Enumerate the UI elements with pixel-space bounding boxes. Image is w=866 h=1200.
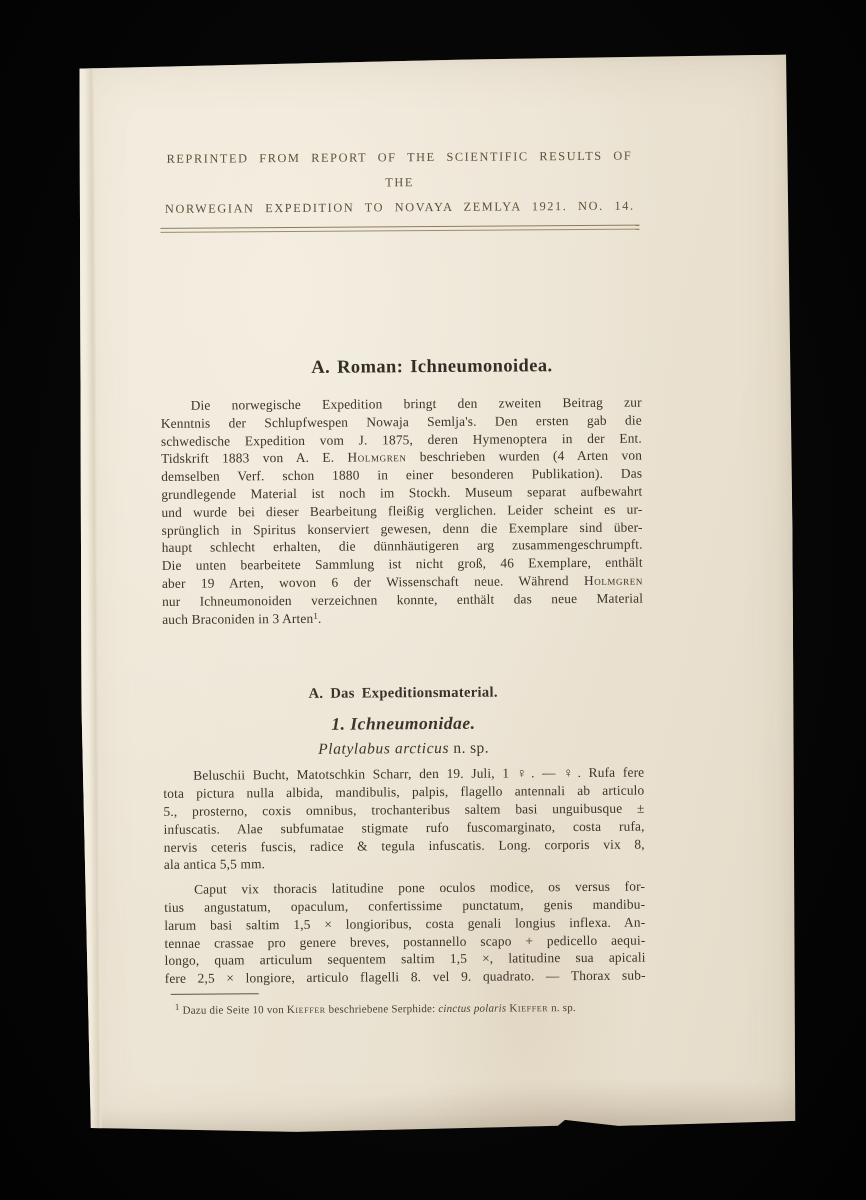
double-rule <box>160 225 639 233</box>
reprint-header-line-1: REPRINTED FROM REPORT OF THE SCIENTIFIC … <box>159 144 640 197</box>
text-block: REPRINTED FROM REPORT OF THE SCIENTIFIC … <box>159 144 646 1018</box>
text-line: ala antica 5,5 mm. <box>164 853 645 874</box>
text-line: fere 2,5 × longiore, articulo flagelli 8… <box>165 967 646 988</box>
family-heading: 1. Ichneumonidae. <box>163 711 644 737</box>
text-line: auch Braconiden in 3 Arten1. <box>162 607 643 628</box>
footnote: 1 Dazu die Seite 10 von Kieffer beschrie… <box>165 1000 646 1017</box>
article-title: A. Roman: Ichneumonoidea. <box>191 353 672 380</box>
reprint-header-line-2: NORWEGIAN EXPEDITION TO NOVAYA ZEMLYA 19… <box>159 194 640 222</box>
footnote-rule <box>171 993 259 995</box>
section-heading: A. Das Expeditionsmaterial. <box>163 683 644 705</box>
photo-background: REPRINTED FROM REPORT OF THE SCIENTIFIC … <box>0 0 866 1200</box>
species-heading: Platylabus arcticus n. sp. <box>163 738 644 761</box>
diagnosis-paragraph: Caput vix thoracis latitudine pone oculo… <box>164 878 646 988</box>
page-content: REPRINTED FROM REPORT OF THE SCIENTIFIC … <box>76 56 646 1019</box>
scanned-page: REPRINTED FROM REPORT OF THE SCIENTIFIC … <box>76 55 796 1135</box>
description-paragraph: Beluschii Bucht, Matotschkin Scharr, den… <box>163 764 645 874</box>
intro-paragraph: Die norwegische Expedition bringt den zw… <box>161 394 644 629</box>
reprint-header: REPRINTED FROM REPORT OF THE SCIENTIFIC … <box>159 144 641 222</box>
text-line: nur Ichneumonoiden verzeichnen konnte, e… <box>162 589 643 610</box>
